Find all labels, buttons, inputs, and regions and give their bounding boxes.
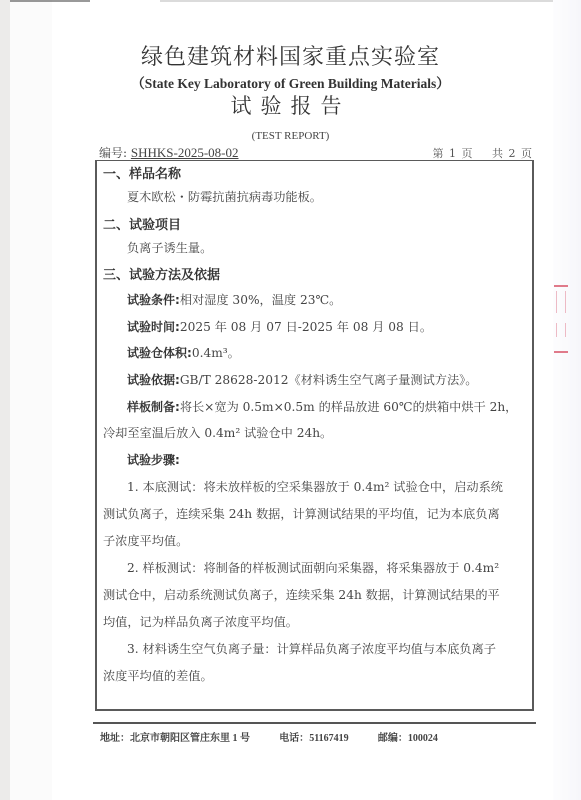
footer-divider: [93, 722, 536, 724]
step-1-line-3: 子浓度平均值。: [103, 532, 188, 549]
postcode-label: 邮编：: [378, 733, 408, 744]
scan-margin-left: [0, 0, 10, 800]
report-title: 试验报告: [0, 90, 581, 120]
sample-name: 夏木欧松・防霉抗菌抗病毒功能板。: [127, 188, 322, 205]
phone-label: 电话：: [279, 733, 309, 744]
report-number-value: SHHKS-2025-08-02: [131, 145, 239, 160]
address-value: 北京市朝阳区管庄东里 1 号: [130, 733, 250, 744]
field-value: 0.4m³。: [192, 346, 240, 360]
step-2-line-2: 测试仓中，启动系统测试负离子，连续采集 24h 数据，计算测试结果的平: [103, 586, 500, 603]
field-test-standard: 试验依据:GB/T 28628-2012《材料诱生空气离子量测试方法》。: [127, 371, 477, 388]
seal-fragment-icon: [552, 285, 572, 355]
step-3-line-1: 3. 材料诱生空气负离子量：计算样品负离子浓度平均值与本底负离子: [127, 640, 496, 657]
step-1-line-1: 1. 本底测试：将未放样板的空采集器放于 0.4m² 试验仓中，启动系统: [127, 478, 503, 495]
field-test-time: 试验时间:2025 年 08 月 07 日-2025 年 08 月 08 日。: [127, 318, 432, 335]
step-2-line-1: 2. 样板测试：将制备的样板测试面朝向采集器，将采集器放于 0.4m²: [127, 559, 499, 576]
field-label: 试验依据:: [127, 373, 180, 387]
report-content-box: 一、样品名称 夏木欧松・防霉抗菌抗病毒功能板。 二、试验项目 负离子诱生量。 三…: [95, 160, 534, 711]
page-total: 共 2 页: [492, 147, 533, 160]
page-info: 第 1 页 共 2 页: [430, 145, 534, 161]
step-2-line-3: 均值，记为样品负离子浓度平均值。: [103, 613, 298, 630]
scan-edge-top-2: [160, 0, 560, 2]
step-1-line-2: 测试负离子，连续采集 24h 数据，计算测试结果的平均值，记为本底负离: [103, 505, 500, 522]
footer-postcode: 邮编：100024: [378, 733, 438, 744]
footer-phone: 电话：51167419: [279, 733, 348, 744]
field-label: 试验时间:: [127, 320, 180, 334]
field-value: 将长×宽为 0.5m×0.5m 的样品放进 60℃的烘箱中烘干 2h，: [180, 400, 518, 414]
page-current: 第 1 页: [433, 147, 474, 160]
field-sample-prep: 样板制备:将长×宽为 0.5m×0.5m 的样品放进 60℃的烘箱中烘干 2h，: [127, 398, 517, 415]
address-label: 地址：: [100, 733, 130, 744]
step-3-line-2: 浓度平均值的差值。: [103, 667, 213, 684]
footer-address: 地址：北京市朝阳区管庄东里 1 号: [100, 733, 250, 744]
scan-margin-shade: [10, 0, 52, 800]
report-title-en: (TEST REPORT): [0, 130, 581, 142]
field-label: 试验条件:: [127, 293, 180, 307]
field-label: 试验仓体积:: [127, 346, 192, 360]
field-test-steps: 试验步骤:: [127, 451, 180, 468]
scan-margin-right: [553, 0, 581, 800]
field-test-conditions: 试验条件:相对湿度 30%，温度 23℃。: [127, 291, 341, 308]
report-number-label: 编号:: [99, 146, 127, 160]
phone-value: 51167419: [309, 733, 348, 744]
postcode-value: 100024: [408, 733, 438, 744]
section-heading-test-method: 三、试验方法及依据: [103, 264, 220, 283]
lab-name-en: （State Key Laboratory of Green Building …: [0, 72, 581, 92]
footer: 地址：北京市朝阳区管庄东里 1 号 电话：51167419 邮编：100024: [100, 729, 464, 744]
scan-edge-top: [10, 0, 90, 2]
report-number: 编号: SHHKS-2025-08-02: [99, 144, 239, 161]
section-heading-test-item: 二、试验项目: [103, 214, 181, 233]
field-label: 样板制备:: [127, 400, 180, 414]
field-value: 2025 年 08 月 07 日-2025 年 08 月 08 日。: [180, 320, 432, 334]
field-label: 试验步骤:: [127, 453, 180, 467]
section-heading-sample-name: 一、样品名称: [103, 163, 181, 182]
field-sample-prep-cont: 冷却至室温后放入 0.4m² 试验仓中 24h。: [103, 424, 332, 441]
field-value: 相对湿度 30%，温度 23℃。: [180, 293, 341, 307]
test-item: 负离子诱生量。: [127, 239, 212, 256]
lab-name-cn: 绿色建筑材料国家重点实验室: [0, 40, 581, 71]
field-chamber-volume: 试验仓体积:0.4m³。: [127, 344, 240, 361]
field-value: GB/T 28628-2012《材料诱生空气离子量测试方法》。: [180, 373, 478, 387]
